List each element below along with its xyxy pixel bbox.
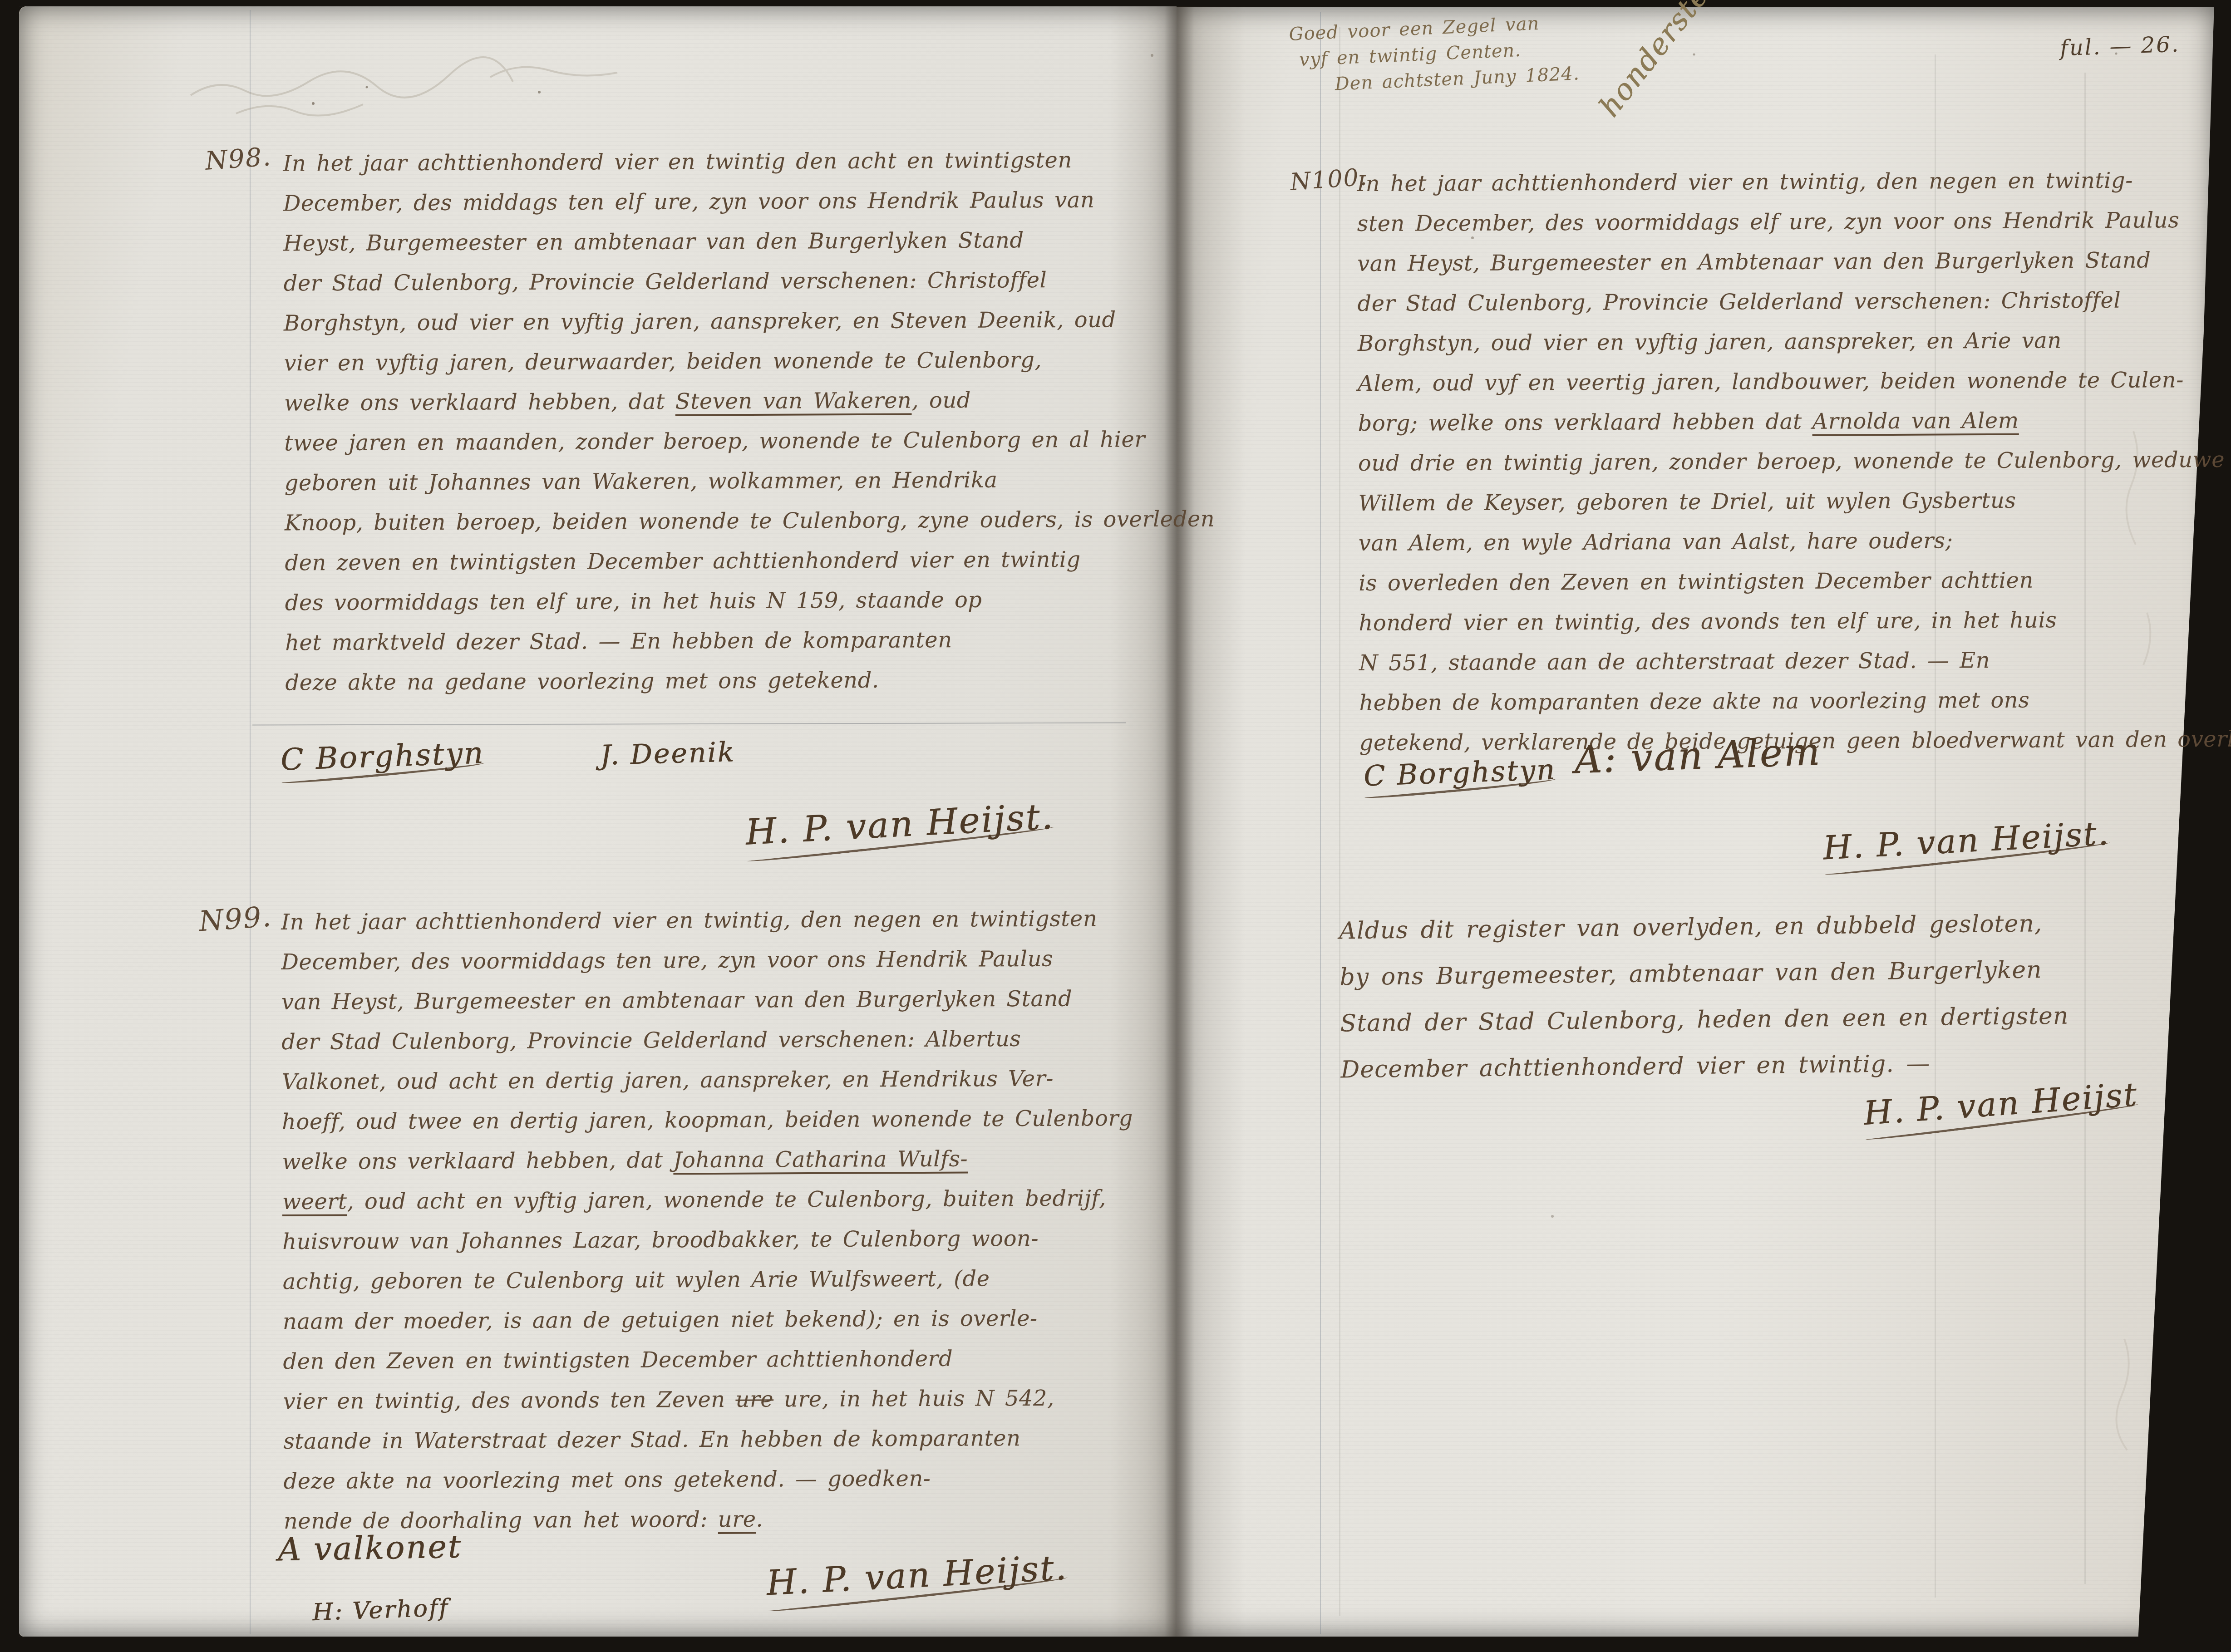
signature-borghstyn: C Borghstyn bbox=[280, 735, 485, 780]
entry-98-number: N98. bbox=[204, 142, 272, 176]
signature-verhoff: H: Verhoff bbox=[312, 1594, 449, 1626]
margin-rule-line bbox=[1339, 27, 1340, 1616]
entry-99-text: In het jaar achttienhonderd vier en twin… bbox=[281, 899, 1135, 1541]
closing-statement: Aldus dit register van overlyden, en dub… bbox=[1339, 900, 2069, 1093]
entry-98-text: In het jaar achttienhonderd vier en twin… bbox=[283, 140, 1216, 703]
margin-rule-line bbox=[250, 10, 251, 1634]
signature-van-alem: A: van Alem bbox=[1573, 729, 1822, 782]
folio-label: ful. — 26. bbox=[2059, 31, 2180, 61]
signature-valkonet: A valkonet bbox=[277, 1528, 462, 1568]
margin-rule-line bbox=[1320, 12, 1321, 1634]
signature-deenik: J. Deenik bbox=[600, 736, 736, 772]
signature-borghstyn: C Borghstyn bbox=[1363, 753, 1556, 795]
entry-99-number: N99. bbox=[198, 900, 273, 938]
register-book-scan: Goed voor een Zegel vanvyf en twintig Ce… bbox=[0, 0, 2231, 1652]
entry-100-text: In het jaar achttienhonderd vier en twin… bbox=[1357, 159, 2231, 763]
stamp-note: Goed voor een Zegel vanvyf en twintig Ce… bbox=[1289, 9, 1580, 99]
